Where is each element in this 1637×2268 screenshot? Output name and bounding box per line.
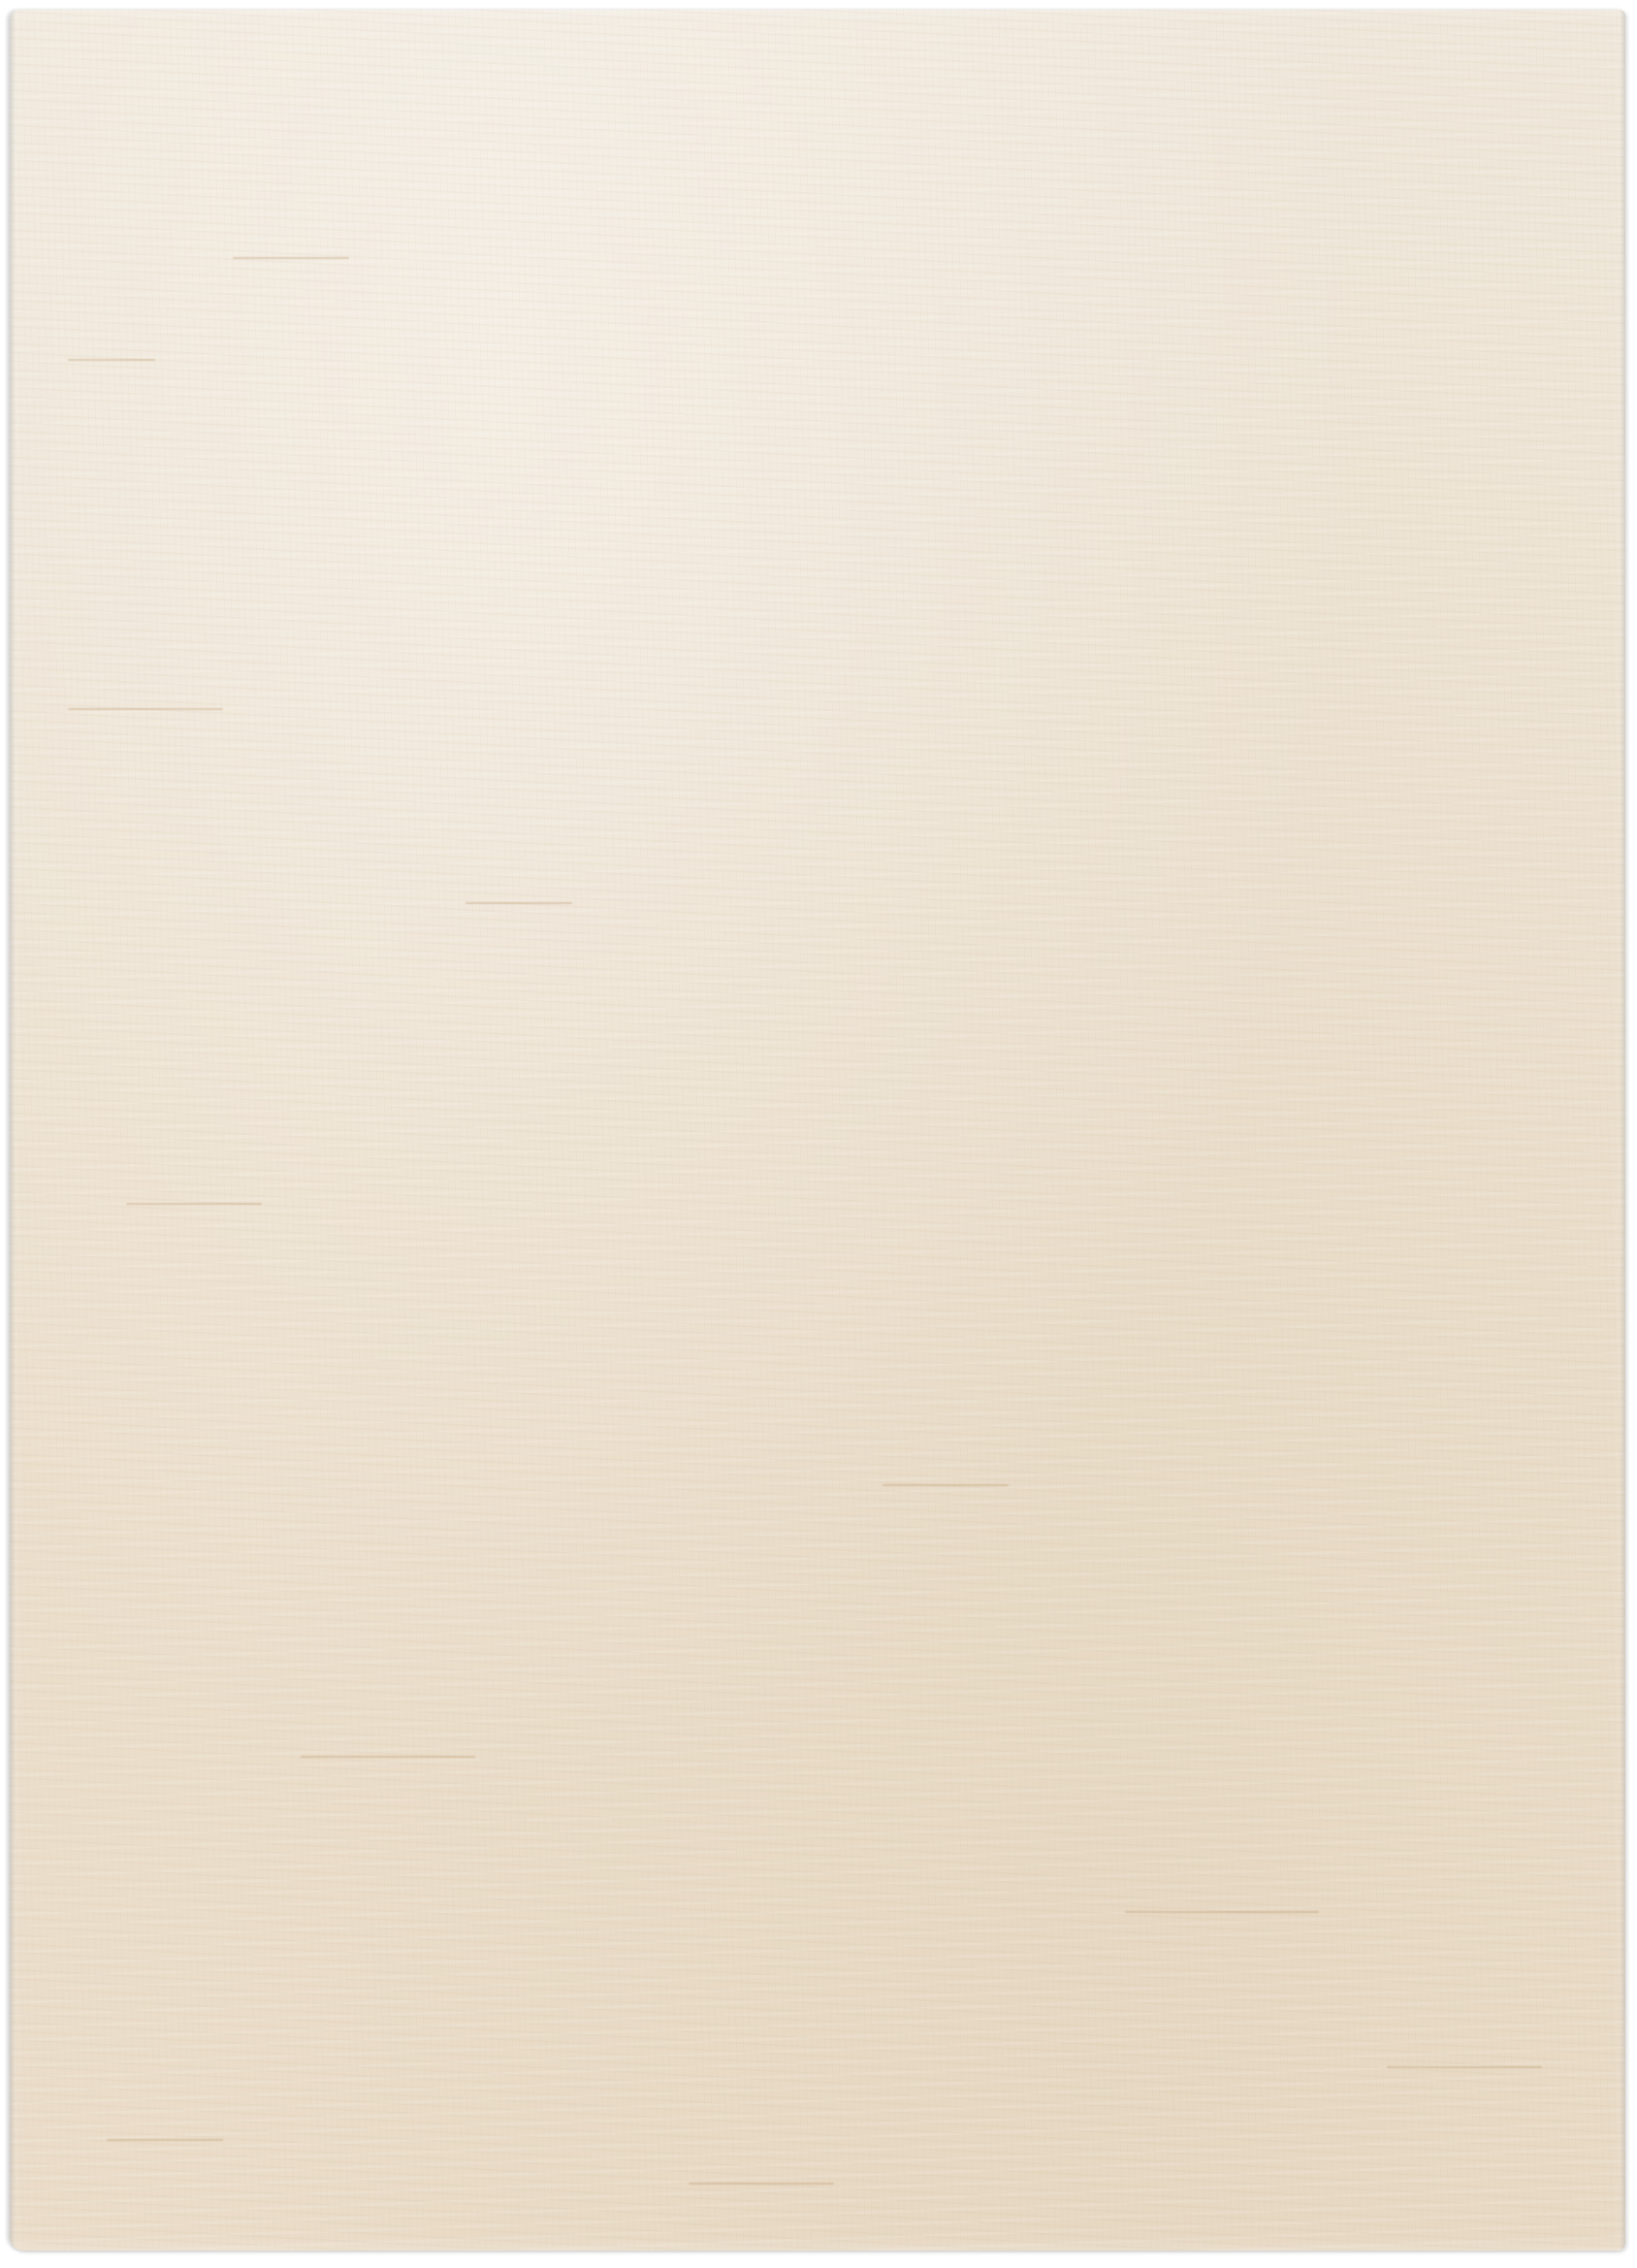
pile-streak: [1125, 1911, 1319, 1913]
pile-streak: [68, 359, 155, 361]
pile-streak: [465, 902, 572, 904]
shag-rug: [10, 10, 1625, 2251]
shag-texture: [10, 10, 1625, 2251]
pile-streak: [68, 708, 223, 710]
pile-streak: [301, 1756, 475, 1758]
pile-streak: [1387, 2066, 1542, 2068]
pile-streak: [107, 2139, 223, 2141]
pile-streak: [233, 257, 349, 259]
pile-streak: [689, 2183, 834, 2185]
pile-streak: [883, 1484, 1009, 1486]
rug-right-edge-shadow: [1620, 10, 1625, 2251]
product-photo: [0, 0, 1637, 2268]
pile-streak: [126, 1203, 262, 1205]
rug-left-edge-shadow: [10, 10, 16, 2251]
